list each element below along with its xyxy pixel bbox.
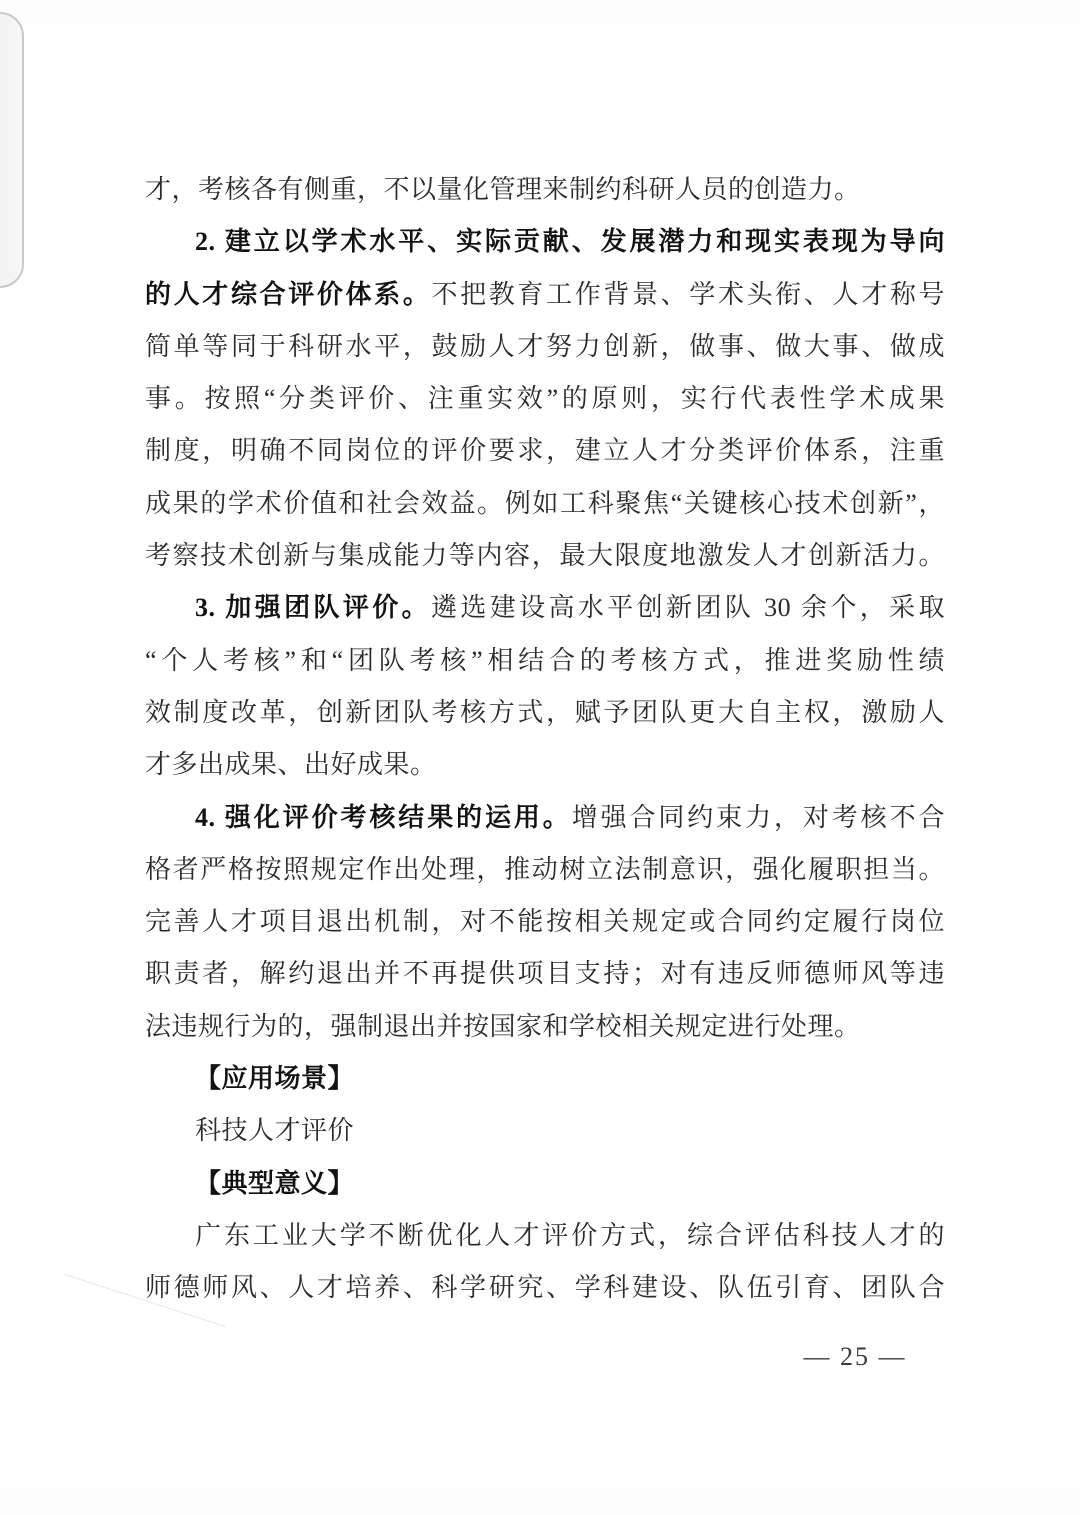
body-text: 格者严格按照规定作出处理，推动树立法制意识，强化履职担当。	[145, 855, 945, 884]
body-text: 不把教育工作背景、学术头衔、人才称号	[431, 280, 945, 309]
text-line: 效制度改革，创新团队考核方式，赋予团队更大自主权，激励人	[145, 687, 945, 739]
body-text: 制度，明确不同岗位的评价要求，建立人才分类评价体系，注重	[145, 436, 945, 465]
body-text: 成果的学术价值和社会效益。例如工科聚焦“关键核心技术创新”，	[145, 489, 945, 518]
text-line: 制度，明确不同岗位的评价要求，建立人才分类评价体系，注重	[145, 425, 945, 477]
text-line: 科技人才评价	[145, 1105, 945, 1157]
text-line: 【应用场景】	[145, 1053, 945, 1105]
text-line: 师德师风、人才培养、科学研究、学科建设、队伍引育、团队合	[145, 1262, 945, 1314]
emphasis-text: 4. 强化评价考核结果的运用。	[195, 803, 572, 832]
body-text: 师德师风、人才培养、科学研究、学科建设、队伍引育、团队合	[145, 1273, 945, 1302]
text-line: 2. 建立以学术水平、实际贡献、发展潜力和现实表现为导向	[145, 216, 945, 268]
document-text-block: 才，考核各有侧重，不以量化管理来制约科研人员的创造力。2. 建立以学术水平、实际…	[145, 164, 945, 1315]
body-text: “个人考核”和“团队考核”相结合的考核方式，推进奖励性绩	[145, 646, 945, 675]
text-line: 事。按照“分类评价、注重实效”的原则，实行代表性学术成果	[145, 373, 945, 425]
body-text: 职责者，解约退出并不再提供项目支持；对有违反师德师风等违	[145, 959, 945, 988]
body-text: 遴选建设高水平创新团队 30 余个，采取	[431, 593, 945, 622]
text-line: 3. 加强团队评价。遴选建设高水平创新团队 30 余个，采取	[145, 582, 945, 634]
text-line: 才多出成果、出好成果。	[145, 739, 945, 791]
text-line: 【典型意义】	[145, 1158, 945, 1210]
body-text: 效制度改革，创新团队考核方式，赋予团队更大自主权，激励人	[145, 698, 945, 727]
text-line: 才，考核各有侧重，不以量化管理来制约科研人员的创造力。	[145, 164, 945, 216]
text-line: 职责者，解约退出并不再提供项目支持；对有违反师德师风等违	[145, 948, 945, 1000]
emphasis-text: 【应用场景】	[195, 1064, 354, 1093]
emphasis-text: 的人才综合评价体系。	[145, 280, 431, 309]
page-number: — 25 —	[790, 1342, 920, 1372]
body-text: 考察技术创新与集成能力等内容，最大限度地激发人才创新活力。	[145, 541, 945, 570]
text-line: 成果的学术价值和社会效益。例如工科聚焦“关键核心技术创新”，	[145, 478, 945, 530]
body-text: 科技人才评价	[195, 1116, 354, 1145]
text-line: 广东工业大学不断优化人才评价方式，综合评估科技人才的	[145, 1210, 945, 1262]
emphasis-text: 【典型意义】	[195, 1169, 354, 1198]
text-line: 的人才综合评价体系。不把教育工作背景、学术头衔、人才称号	[145, 269, 945, 321]
body-text: 增强合同约束力，对考核不合	[572, 803, 945, 832]
page-corner-card	[0, 12, 24, 288]
emphasis-text: 2. 建立以学术水平、实际贡献、发展潜力和现实表现为导向	[195, 227, 945, 256]
body-text: 简单等同于科研水平，鼓励人才努力创新，做事、做大事、做成	[145, 332, 945, 361]
body-text: 才多出成果、出好成果。	[145, 750, 437, 779]
text-line: 4. 强化评价考核结果的运用。增强合同约束力，对考核不合	[145, 792, 945, 844]
body-text: 完善人才项目退出机制，对不能按相关规定或合同约定履行岗位	[145, 907, 945, 936]
text-line: 格者严格按照规定作出处理，推动树立法制意识，强化履职担当。	[145, 844, 945, 896]
body-text: 法违规行为的，强制退出并按国家和学校相关规定进行处理。	[145, 1012, 861, 1041]
body-text: 广东工业大学不断优化人才评价方式，综合评估科技人才的	[195, 1221, 945, 1250]
text-line: “个人考核”和“团队考核”相结合的考核方式，推进奖励性绩	[145, 635, 945, 687]
document-page: 才，考核各有侧重，不以量化管理来制约科研人员的创造力。2. 建立以学术水平、实际…	[0, 0, 1080, 1515]
text-line: 简单等同于科研水平，鼓励人才努力创新，做事、做大事、做成	[145, 321, 945, 373]
text-line: 法违规行为的，强制退出并按国家和学校相关规定进行处理。	[145, 1001, 945, 1053]
text-line: 完善人才项目退出机制，对不能按相关规定或合同约定履行岗位	[145, 896, 945, 948]
emphasis-text: 3. 加强团队评价。	[195, 593, 431, 622]
body-text: 才，考核各有侧重，不以量化管理来制约科研人员的创造力。	[145, 175, 861, 204]
body-text: 事。按照“分类评价、注重实效”的原则，实行代表性学术成果	[145, 384, 945, 413]
text-line: 考察技术创新与集成能力等内容，最大限度地激发人才创新活力。	[145, 530, 945, 582]
